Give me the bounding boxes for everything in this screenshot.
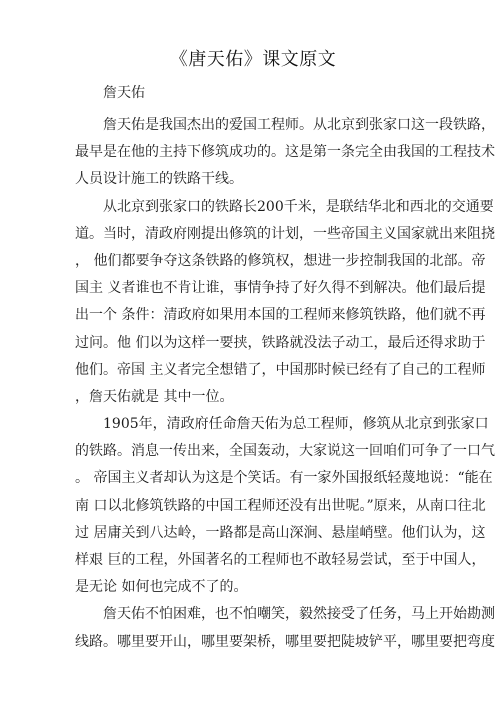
text-line: 过 居庸关到八达岭，一路都是高山深涧、悬崖峭壁。他们认为，这	[75, 520, 431, 547]
paragraph-2: 从北京到张家口的铁路长200千米，是联结华北和西北的交通要 道。当时，清政府刚提…	[75, 194, 431, 412]
text-line: 最早是在他的主持下修筑成功的。这是第一条完全由我国的工程技术	[75, 139, 431, 166]
document-body: 詹天佑是我国杰出的爱国工程师。从北京到张家口这一段铁路， 最早是在他的主持下修筑…	[75, 112, 431, 656]
text-line: 从北京到张家口的铁路长200千米，是联结华北和西北的交通要	[75, 194, 431, 221]
text-line: 道。当时，清政府刚提出修筑的计划，一些帝国主义国家就出来阻挠	[75, 221, 431, 248]
text-line: 他们。帝国 主义者完全想错了，中国那时候已经有了自己的工程师	[75, 357, 431, 384]
text-line: ， 他们都要争夺这条铁路的修筑权，想进一步控制我国的北部。帝	[75, 248, 431, 275]
text-line: 是无论 如何也完成不了的。	[75, 574, 431, 601]
paragraph-4: 詹天佑不怕困难，也不怕嘲笑，毅然接受了任务，马上开始勘测 线路。哪里要开山，哪里…	[75, 601, 431, 655]
text-line: 南 口以北修筑铁路的中国工程师还没有出世呢。”原来，从南口往北	[75, 493, 431, 520]
text-line: 过问。他 们以为这样一要挟，铁路就没法子动工，最后还得求助于	[75, 330, 431, 357]
author-name: 詹天佑	[103, 83, 145, 103]
text-line: 1905年，清政府任命詹天佑为总工程师，修筑从北京到张家口	[75, 411, 431, 438]
text-line: 詹天佑不怕困难，也不怕嘲笑，毅然接受了任务，马上开始勘测	[75, 601, 431, 628]
text-line: 的铁路。消息一传出来，全国轰动，大家说这一回咱们可争了一口气	[75, 438, 431, 465]
text-line: 出一个 条件：清政府如果用本国的工程师来修筑铁路，他们就不再	[75, 302, 431, 329]
text-line: 詹天佑是我国杰出的爱国工程师。从北京到张家口这一段铁路，	[75, 112, 431, 139]
text-line: 人员设计施工的铁路干线。	[75, 166, 431, 193]
paragraph-3: 1905年，清政府任命詹天佑为总工程师，修筑从北京到张家口 的铁路。消息一传出来…	[75, 411, 431, 601]
text-line: 样艰 巨的工程，外国著名的工程师也不敢轻易尝试，至于中国人，	[75, 547, 431, 574]
paragraph-1: 詹天佑是我国杰出的爱国工程师。从北京到张家口这一段铁路， 最早是在他的主持下修筑…	[75, 112, 431, 194]
text-line: 。 帝国主义者却认为这是个笑话。有一家外国报纸轻蔑地说：“能在	[75, 465, 431, 492]
text-line: ，詹天佑就是 其中一位。	[75, 384, 431, 411]
text-line: 国主 义者谁也不肯让谁，事情争持了好久得不到解决。他们最后提	[75, 275, 431, 302]
text-line: 线路。哪里要开山，哪里要架桥，哪里要把陡坡铲平，哪里要把弯度	[75, 629, 431, 656]
document-title: 《唐天佑》课文原文	[75, 47, 431, 73]
